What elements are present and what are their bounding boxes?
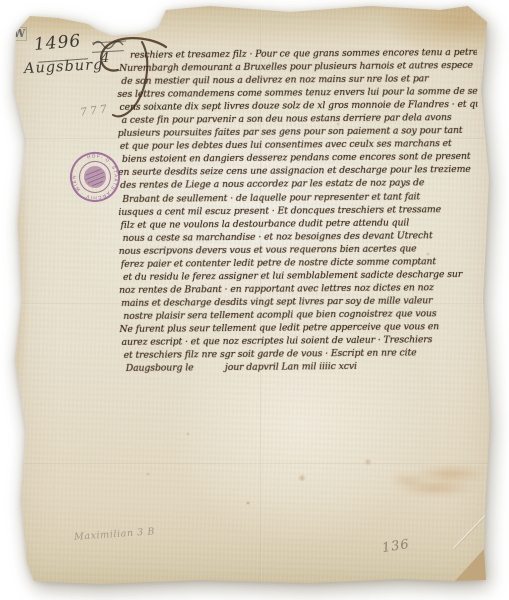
folded-corner-crease (453, 515, 486, 549)
archive-number-annotation: 777 (79, 102, 111, 119)
water-stain (394, 460, 488, 500)
manuscript-text-block: reschiers et tresamez filz · Pour ce que… (117, 47, 480, 376)
manuscript-paper: reschiers et tresamez filz · Pour ce que… (8, 4, 494, 588)
manuscript-line: Daugsbourg le jour dapvril Lan mil iiiic… (126, 360, 480, 376)
place-annotation: Augsburg (24, 57, 104, 77)
fold-crease-horizontal-3 (12, 463, 490, 465)
watermark-letter: W (11, 27, 27, 41)
year-annotation: 1496 (33, 31, 82, 55)
crossed-out-numerator (92, 37, 128, 51)
folio-number: 136 (381, 537, 411, 556)
photograph: reschiers et tresamez filz · Pour ce que… (0, 0, 509, 600)
maximilian-note: Maximilian 3 B (74, 526, 156, 543)
